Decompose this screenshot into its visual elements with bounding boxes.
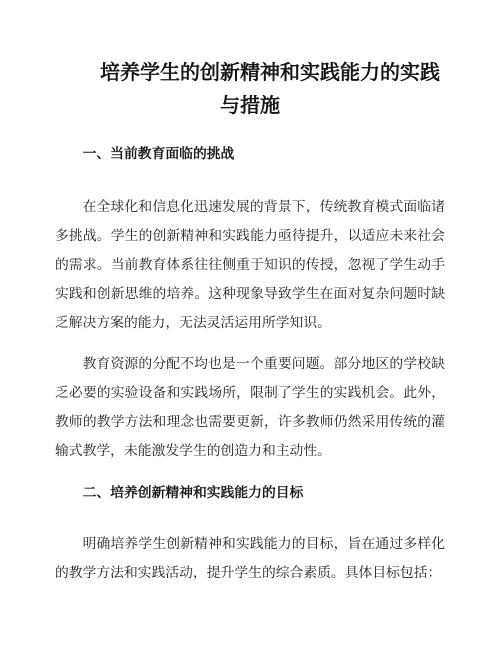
document-page: 培养学生的创新精神和实践能力的实践与措施 一、当前教育面临的挑战 在全球化和信息… — [0, 0, 500, 647]
section-heading-2: 二、培养创新精神和实践能力的目标 — [55, 478, 445, 507]
paragraph-goals-1: 明确培养学生创新精神和实践能力的目标，旨在通过多样化的教学方法和实践活动，提升学… — [55, 529, 445, 587]
section-heading-1: 一、当前教育面临的挑战 — [55, 139, 445, 168]
paragraph-challenges-2: 教育资源的分配不均也是一个重要问题。部分地区的学校缺乏必要的实验设备和实践场所，… — [55, 349, 445, 465]
paragraph-challenges-1: 在全球化和信息化迅速发展的背景下，传统教育模式面临诸多挑战。学生的创新精神和实践… — [55, 192, 445, 337]
document-title: 培养学生的创新精神和实践能力的实践与措施 — [55, 57, 445, 123]
